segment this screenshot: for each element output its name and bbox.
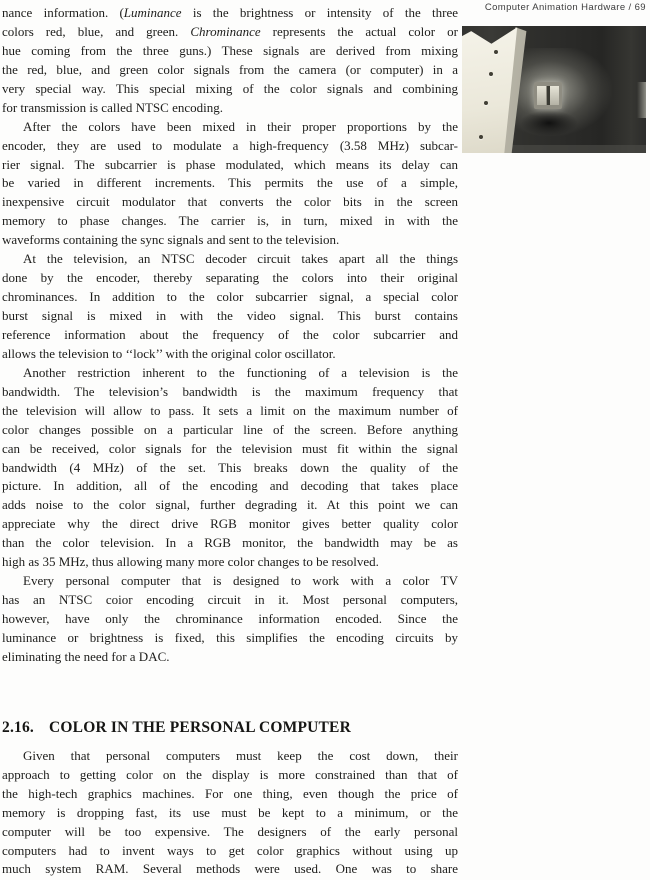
text-line: very special way. This special mixing of… bbox=[2, 80, 458, 99]
text-line: much system RAM. Several methods were us… bbox=[2, 860, 458, 879]
text-line: hue coming from the three guns.) These s… bbox=[2, 42, 458, 61]
text-line: has an NTSC coior encoding circuit in it… bbox=[2, 591, 458, 610]
text-line: computers had to invent ways to get colo… bbox=[2, 842, 458, 861]
screw-dot bbox=[489, 72, 493, 76]
text-line: rier signal. The subcarrier is phase mod… bbox=[2, 156, 458, 175]
text-line: chrominances. In addition to the color s… bbox=[2, 288, 458, 307]
text-line: Given that personal computers must keep … bbox=[2, 747, 458, 766]
paragraphs-after-heading: Given that personal computers must keep … bbox=[2, 747, 458, 880]
text-line: high as 35 MHz, thus allowing many more … bbox=[2, 553, 458, 572]
connector-key bbox=[550, 86, 559, 105]
body-text: nance information. (Luminance is the bri… bbox=[2, 4, 458, 879]
text-line: can be received, color signals for the t… bbox=[2, 440, 458, 459]
connector-key bbox=[537, 86, 546, 105]
text-line: allows the television to ‘‘lock’’ with t… bbox=[2, 345, 458, 364]
text-line: computer will be too expensive. The desi… bbox=[2, 823, 458, 842]
text-line: than the color television. In a RGB moni… bbox=[2, 534, 458, 553]
text-line: for transmission is called NTSC encoding… bbox=[2, 99, 458, 118]
text-line: picture. In addition, all of the encodin… bbox=[2, 477, 458, 496]
text-line: inexpensive circuit modulator that conve… bbox=[2, 193, 458, 212]
text-line: bandwidth (4 MHz) of the set. This break… bbox=[2, 459, 458, 478]
section-number: 2.16. bbox=[2, 719, 49, 739]
text-line: Every personal computer that is designed… bbox=[2, 572, 458, 591]
text-line: waveforms containing the sync signals an… bbox=[2, 231, 458, 250]
text-line: After the colors have been mixed in thei… bbox=[2, 118, 458, 137]
text-line: eliminating the need for a DAC. bbox=[2, 648, 458, 667]
text-line: At the television, an NTSC decoder circu… bbox=[2, 250, 458, 269]
photo-shadow bbox=[520, 110, 578, 136]
text-line: color changes possible on a particular l… bbox=[2, 421, 458, 440]
screw-dot bbox=[484, 101, 488, 105]
photo-connector bbox=[534, 82, 562, 109]
text-line: memory is dropping fast, its use must be… bbox=[2, 804, 458, 823]
text-line: done by the encoder, thereby separating … bbox=[2, 269, 458, 288]
photo-bottom-band bbox=[504, 145, 646, 153]
text-line: the red, blue, and green color signals f… bbox=[2, 61, 458, 80]
hardware-photo bbox=[462, 26, 646, 153]
text-line: the high-tech graphics machines. For one… bbox=[2, 785, 458, 804]
text-line: the television will allow to pass. It se… bbox=[2, 402, 458, 421]
text-line: be varied in different increments. This … bbox=[2, 174, 458, 193]
text-line: burst signal is mixed in with the video … bbox=[2, 307, 458, 326]
text-line: luminance or brightness is fixed, this s… bbox=[2, 629, 458, 648]
text-line: Another restriction inherent to the func… bbox=[2, 364, 458, 383]
text-line: colors red, blue, and green. Chrominance… bbox=[2, 23, 458, 42]
paragraphs-before-heading: nance information. (Luminance is the bri… bbox=[2, 4, 458, 667]
text-line: bandwidth. The television’s bandwidth is… bbox=[2, 383, 458, 402]
text-line: adds noise to the color signal, further … bbox=[2, 496, 458, 515]
screw-dot bbox=[494, 50, 498, 54]
text-line: reference information about the frequenc… bbox=[2, 326, 458, 345]
section-heading: 2.16. COLOR IN THE PERSONAL COMPUTER bbox=[2, 719, 458, 739]
text-line: appreciate why the direct drive RGB moni… bbox=[2, 515, 458, 534]
screw-dot bbox=[479, 135, 483, 139]
text-line: nance information. (Luminance is the bri… bbox=[2, 4, 458, 23]
text-line: encoder, they are used to modulate a hig… bbox=[2, 137, 458, 156]
photo-right-highlight bbox=[637, 82, 646, 118]
section-title: COLOR IN THE PERSONAL COMPUTER bbox=[49, 719, 351, 739]
running-head: Computer Animation Hardware / 69 bbox=[485, 2, 646, 13]
text-line: approach to getting color on the display… bbox=[2, 766, 458, 785]
text-line: however, have only the chrominance infor… bbox=[2, 610, 458, 629]
text-line: memory to phase changes. The carrier is,… bbox=[2, 212, 458, 231]
